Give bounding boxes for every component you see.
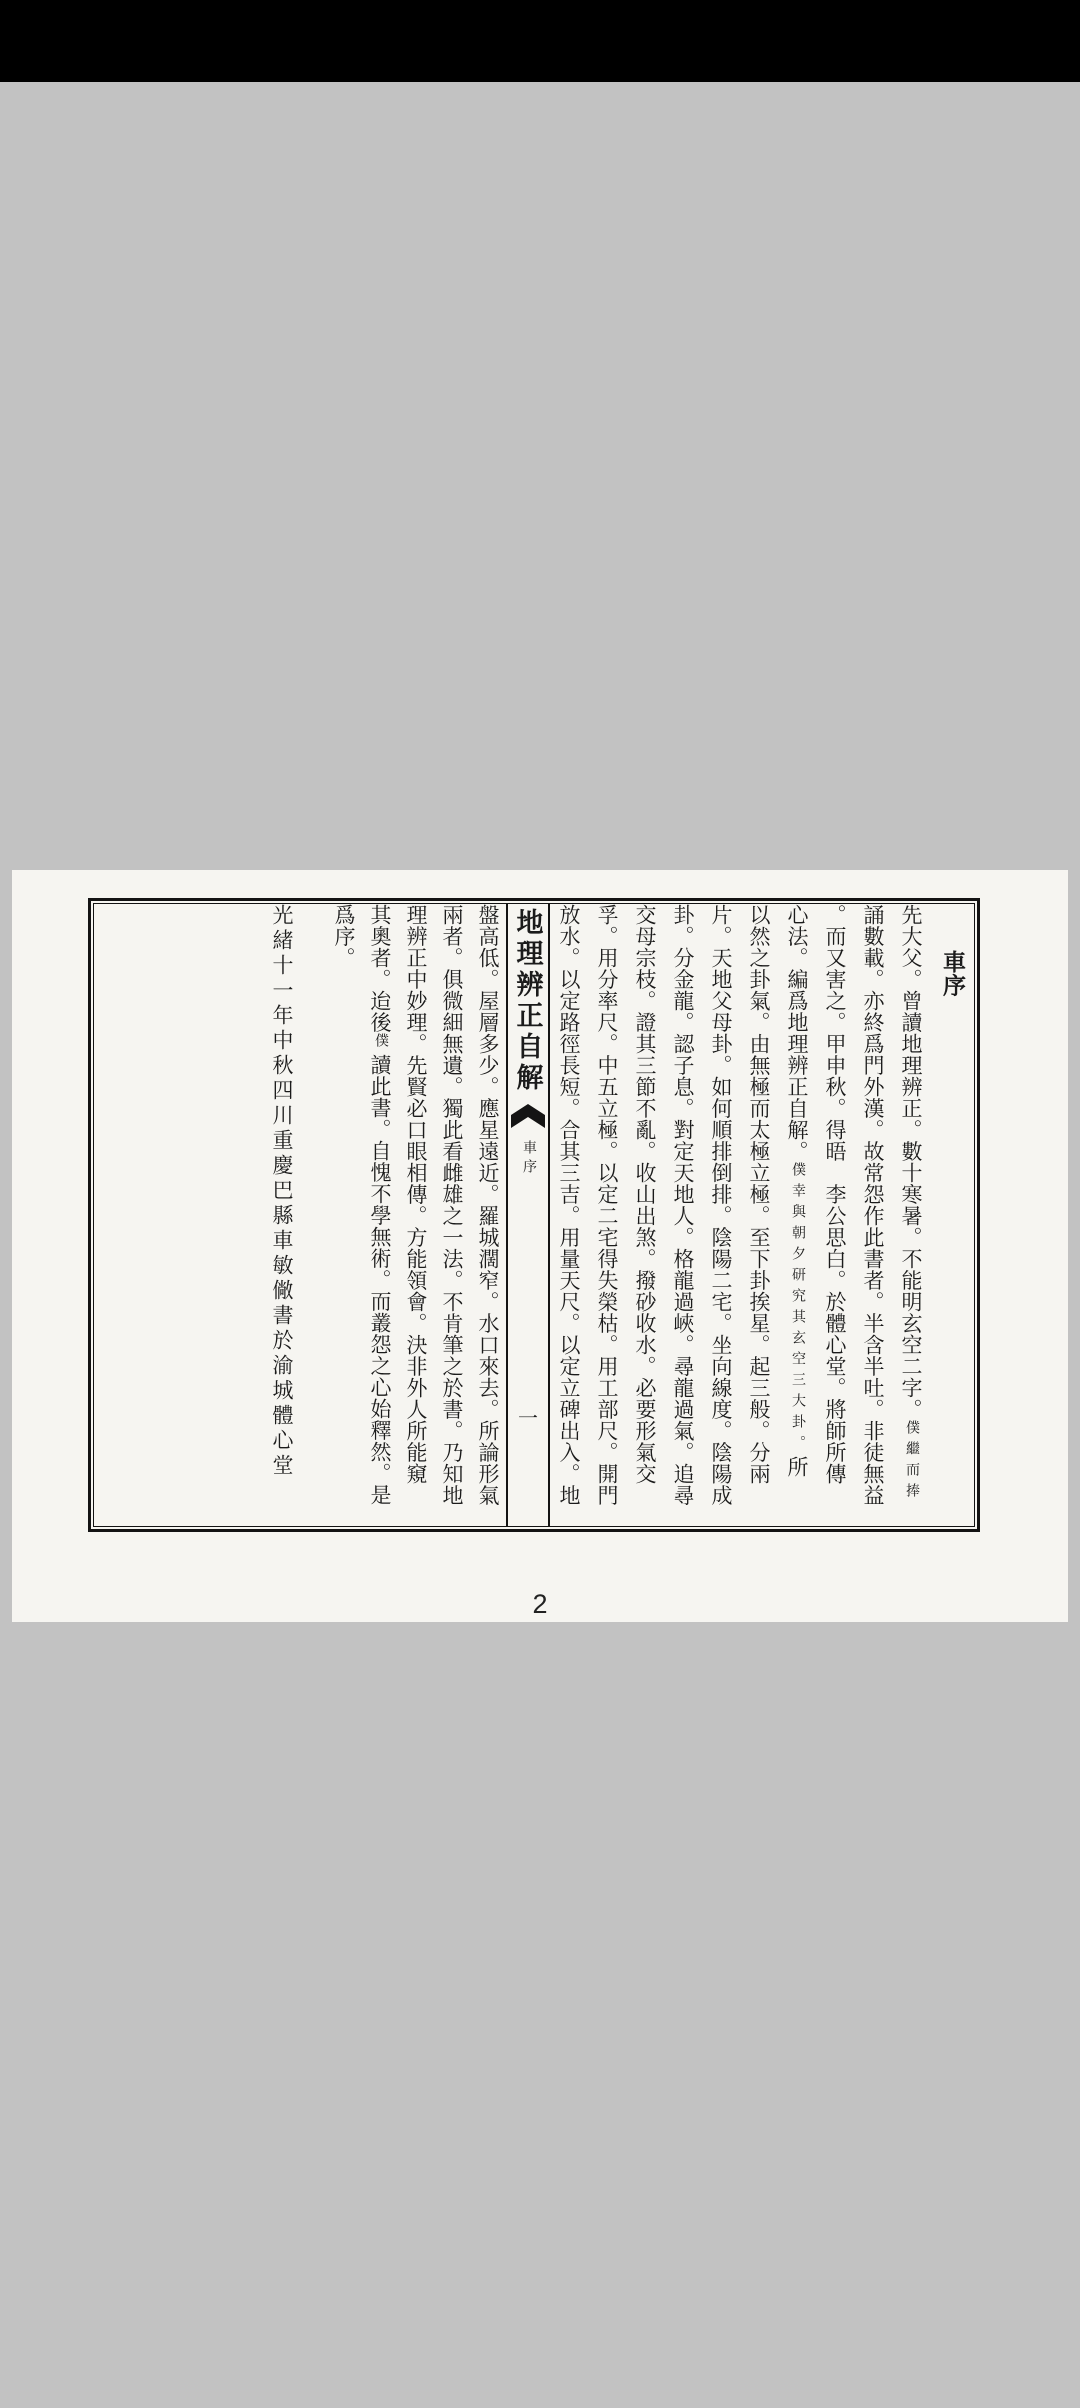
spine-folio-number: 一	[518, 1402, 538, 1431]
text-column: 心法。編爲地理辨正自解。僕幸與朝夕研究其玄空三大卦。所	[778, 904, 816, 1526]
blank-column	[300, 904, 326, 1526]
text-column: 交母宗枝。證其三節不亂。收山出煞。撥砂收水。必要形氣交	[626, 904, 664, 1526]
text-column: 卦。分金龍。認子息。對定天地人。格龍過峽。尋龍過氣。追尋	[664, 904, 702, 1526]
fishtail-mark	[511, 1104, 545, 1134]
small-note: 僕	[373, 1033, 388, 1054]
text-column: 先大父。曾讀地理辨正。數十寒暑。不能明玄空二字。僕繼而捧	[892, 904, 930, 1526]
text-column: 盤高低。屋層多少。應星遠近。羅城濶窄。水口來去。所論形氣	[470, 904, 506, 1526]
spine-book-title: 地理辨正自解	[509, 904, 548, 1094]
text-column: 以然之卦氣。由無極而太極立極。至下卦挨星。起三般。分兩	[740, 904, 778, 1526]
small-note: 僕繼而捧	[904, 1420, 919, 1504]
top-letterbox-bar	[0, 0, 1080, 82]
text-column: 兩者。俱微細無遺。獨此看雌雄之一法。不肯筆之於書。乃知地	[434, 904, 470, 1526]
left-half: 盤高低。屋層多少。應星遠近。羅城濶窄。水口來去。所論形氣 兩者。俱微細無遺。獨此…	[94, 904, 506, 1526]
text-column: 理辨正中妙理。先賢必口眼相傳。方能領會。決非外人所能窺	[398, 904, 434, 1526]
text-column: 其奧者。迨後僕讀此書。自愧不學無術。而叢怨之心始釋然。是	[362, 904, 398, 1526]
text-column: 片。天地父母卦。如何順排倒排。陰陽二宅。坐向線度。陰陽成	[702, 904, 740, 1526]
left-margin-space	[94, 904, 264, 1526]
page-content: 車序 先大父。曾讀地理辨正。數十寒暑。不能明玄空二字。僕繼而捧 誦數載。亦終爲門…	[94, 904, 974, 1526]
text-column: 。而又害之。甲申秋。得晤 李公思白。於體心堂。將師所傳	[816, 904, 854, 1526]
text-column: 放水。以定路徑長短。合其三吉。用量天尺。以定立碑出入。地	[550, 904, 588, 1526]
preface-title: 車序	[940, 950, 965, 997]
text-column: 孚。用分率尺。中五立極。以定二宅得失榮枯。用工部尺。開門	[588, 904, 626, 1526]
book-page: 車序 先大父。曾讀地理辨正。數十寒暑。不能明玄空二字。僕繼而捧 誦數載。亦終爲門…	[12, 870, 1068, 1622]
page-number: 2	[12, 1589, 1068, 1620]
small-note: 僕幸與朝夕研究其玄空三大卦。	[790, 1162, 805, 1456]
text-column: 爲序。	[326, 904, 362, 1526]
spine-section-label: 車序	[518, 1140, 538, 1178]
right-half: 車序 先大父。曾讀地理辨正。數十寒暑。不能明玄空二字。僕繼而捧 誦數載。亦終爲門…	[550, 904, 974, 1526]
spine-column: 地理辨正自解 車序 一	[506, 904, 550, 1526]
text-column: 誦數載。亦終爲門外漢。故常怨作此書者。半含半吐。非徒無益	[854, 904, 892, 1526]
page-frame: 車序 先大父。曾讀地理辨正。數十寒暑。不能明玄空二字。僕繼而捧 誦數載。亦終爲門…	[88, 898, 980, 1532]
signature-column: 光緒十一年中秋四川重慶巴縣車敏僘書於渝城體心堂	[264, 904, 300, 1526]
preface-title-column: 車序	[930, 904, 974, 1526]
